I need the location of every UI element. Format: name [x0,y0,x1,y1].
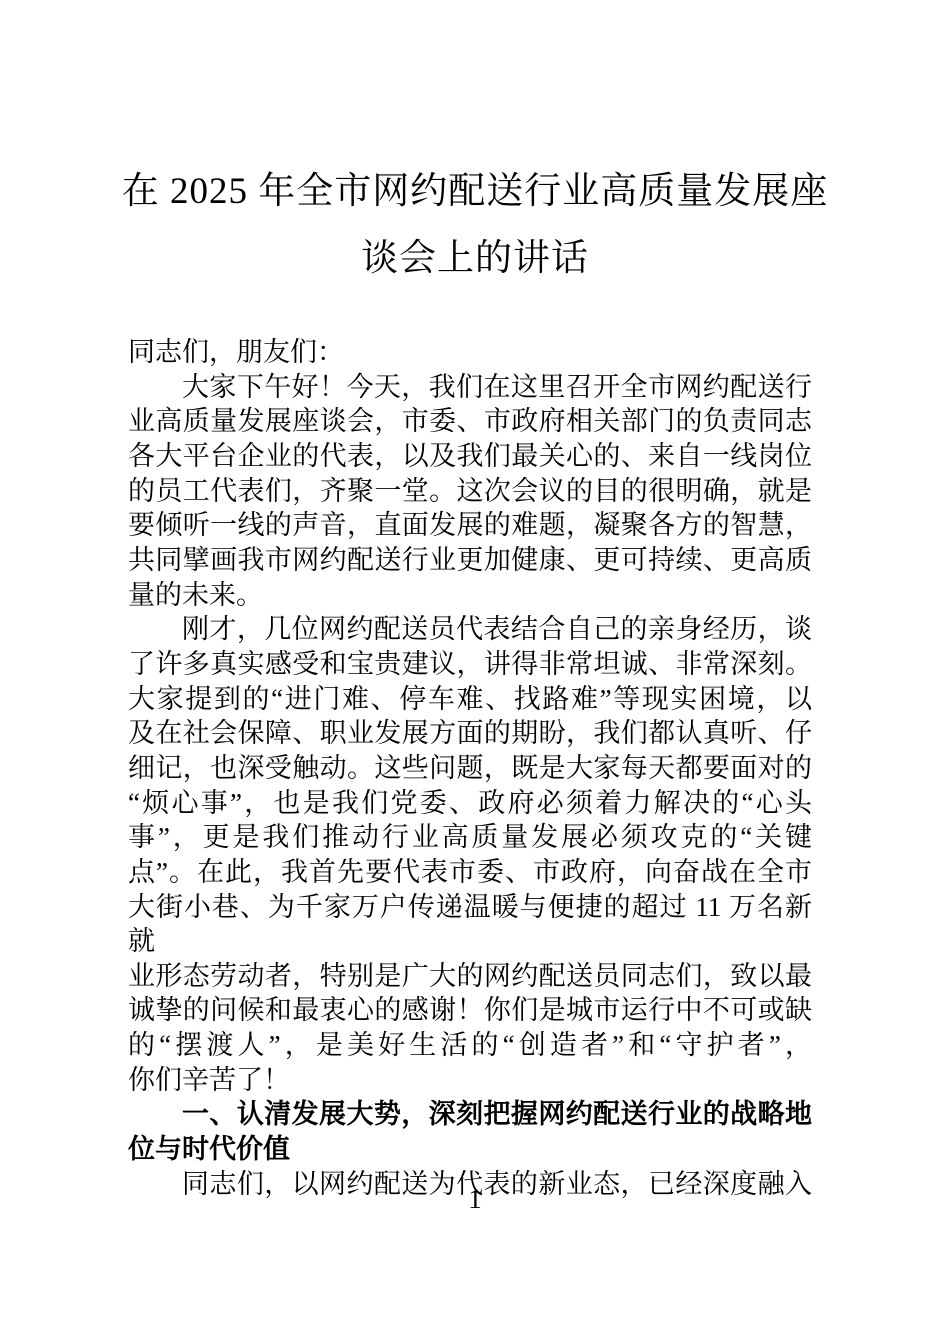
page-footer: 1 [0,1184,950,1214]
body-line: 大街小巷、为千家万户传递温暖与便捷的超过 11 万名新就 [128,890,812,959]
document-title-line-2: 谈会上的讲话 [60,225,890,292]
body-line: 大家下午好！今天，我们在这里召开全市网约配送行 [128,370,812,405]
body-line: 细记，也深受触动。这些问题，既是大家每天都要面对的 [128,751,812,786]
page-number: 1 [468,1184,482,1214]
body-line: 诚挚的问候和最衷心的感谢！你们是城市运行中不可或缺 [128,993,812,1028]
document-body: 同志们，朋友们： 大家下午好！今天，我们在这里召开全市网约配送行 业高质量发展座… [128,335,812,1201]
body-line: 各大平台企业的代表，以及我们最关心的、来自一线岗位 [128,439,812,474]
body-line: 大家提到的“进门难、停车难、找路难”等现实困境，以 [128,682,812,717]
section-heading-line-2: 位与时代价值 [128,1132,812,1167]
body-line: 要倾听一线的声音，直面发展的难题，凝聚各方的智慧， [128,508,812,543]
body-line: 的“摆渡人”，是美好生活的“创造者”和“守护者”， [128,1028,812,1063]
body-line: 事”，更是我们推动行业高质量发展必须攻克的“关键 [128,820,812,855]
body-line: 点”。在此，我首先要代表市委、市政府，向奋战在全市 [128,855,812,890]
document-title: 在 2025 年全市网约配送行业高质量发展座 谈会上的讲话 [60,158,890,292]
body-line: 及在社会保障、职业发展方面的期盼，我们都认真听、仔 [128,716,812,751]
body-line: 了许多真实感受和宝贵建议，讲得非常坦诚、非常深刻。 [128,647,812,682]
document-page: 在 2025 年全市网约配送行业高质量发展座 谈会上的讲话 同志们，朋友们： 大… [0,0,950,1344]
body-line: 共同擘画我市网约配送行业更加健康、更可持续、更高质 [128,543,812,578]
body-line: 业形态劳动者，特别是广大的网约配送员同志们，致以最 [128,959,812,994]
section-heading-line-1: 一、认清发展大势，深刻把握网约配送行业的战略地 [128,1097,812,1132]
body-line: 业高质量发展座谈会，市委、市政府相关部门的负责同志 [128,404,812,439]
body-line-paragraph-end: 量的未来。 [128,578,812,613]
body-line: 刚才，几位网约配送员代表结合自己的亲身经历，谈 [128,612,812,647]
body-line: “烦心事”，也是我们党委、政府必须着力解决的“心头 [128,786,812,821]
body-line-salutation: 同志们，朋友们： [128,335,812,370]
body-line-paragraph-end: 你们辛苦了！ [128,1063,812,1098]
body-line: 的员工代表们，齐聚一堂。这次会议的目的很明确，就是 [128,474,812,509]
document-title-line-1: 在 2025 年全市网约配送行业高质量发展座 [60,158,890,225]
